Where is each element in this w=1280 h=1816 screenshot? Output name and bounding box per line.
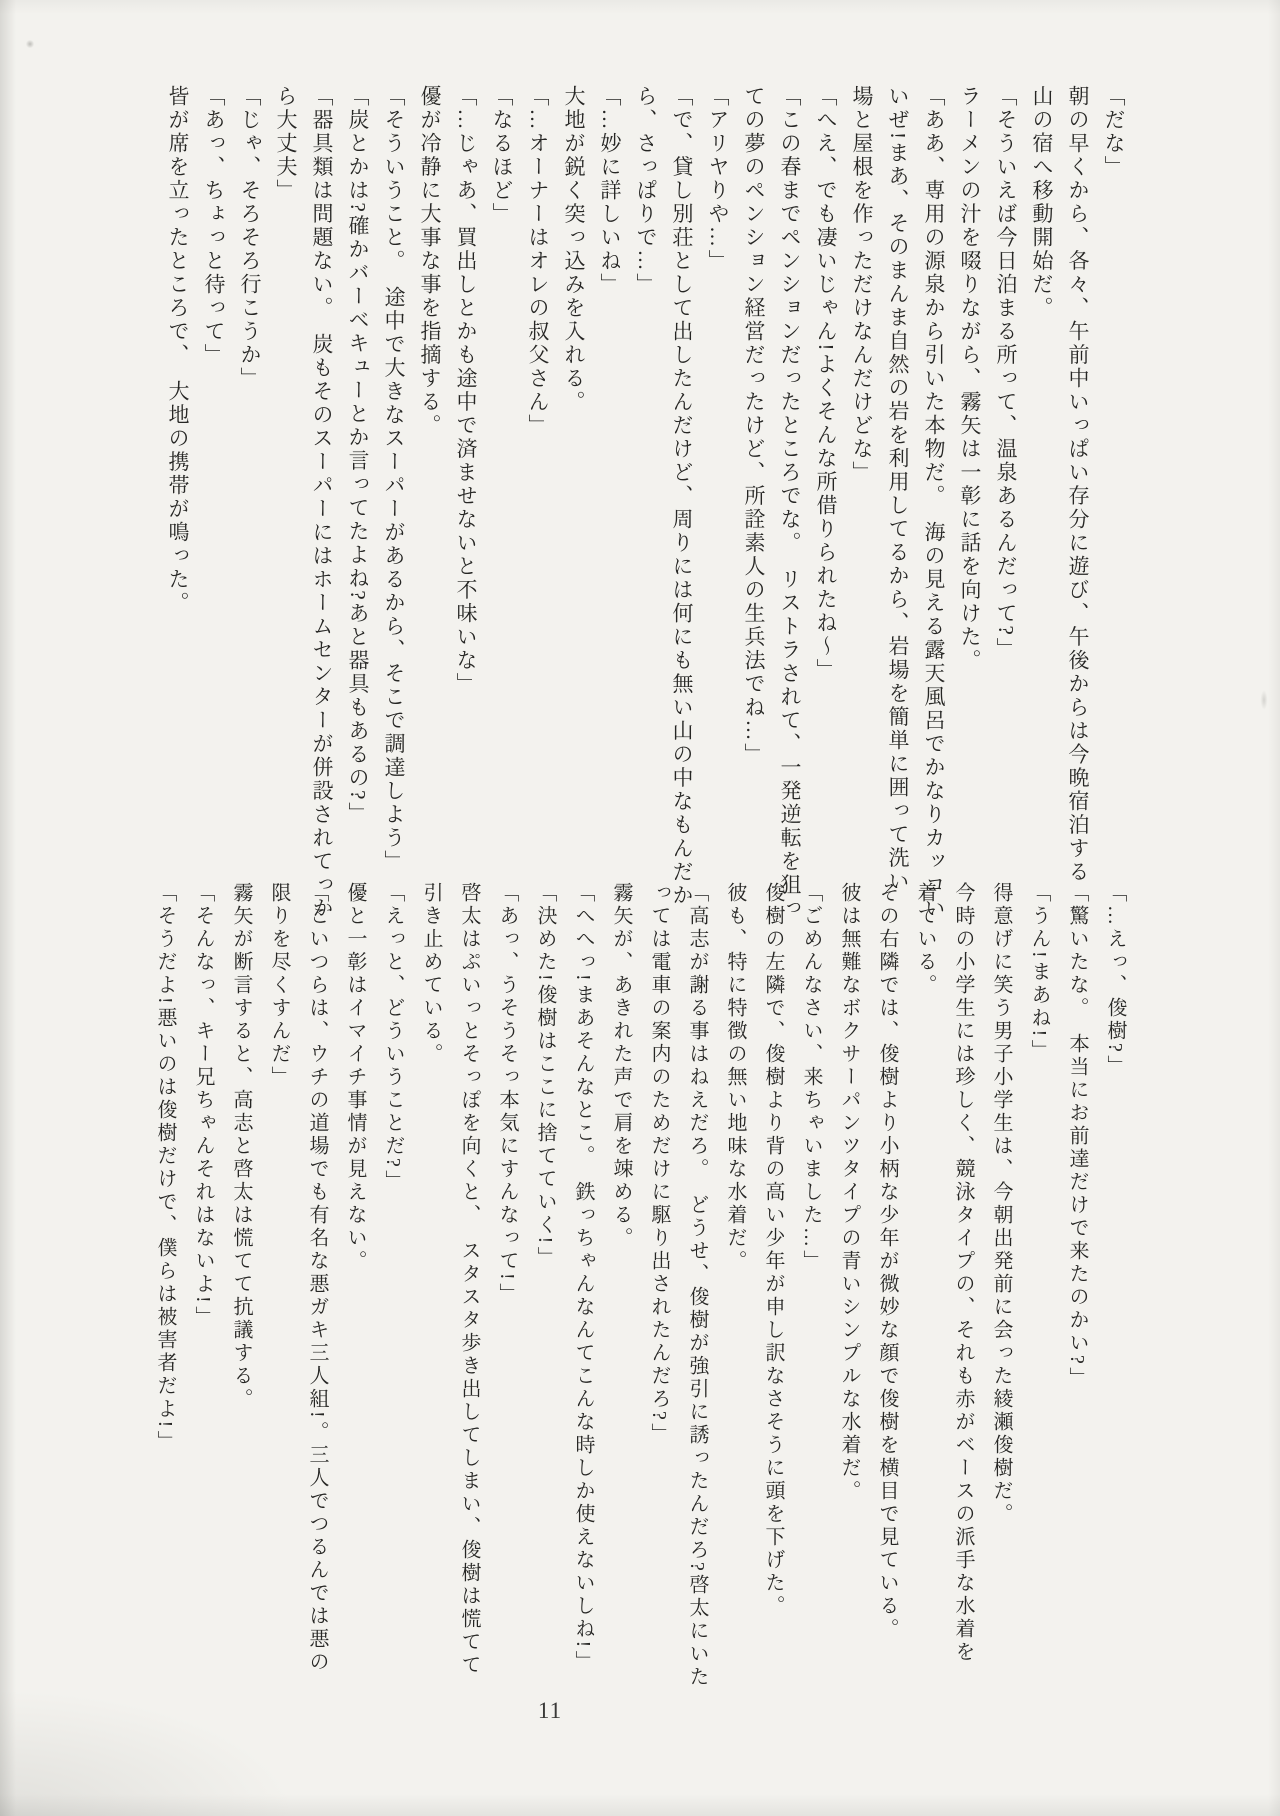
text-line: 優が冷静に大事な事を指摘する。 — [412, 85, 448, 995]
text-line: 「…えっ、俊樹?」 — [1096, 882, 1134, 1792]
text-line: っては電車の案内のためだけに駆り出されたんだろ?」 — [640, 882, 678, 1792]
text-line: 「器具類は問題ない。 炭もそのスーパーにはホームセンターが併設されてっか — [304, 85, 340, 995]
text-line: 啓太はぷいっとそっぽを向くと、 スタスタ歩き出してしまい、俊樹は慌てて — [450, 882, 488, 1792]
text-line: 「驚いたな。 本当にお前達だけで来たのかい?」 — [1058, 882, 1096, 1792]
text-line: その右隣では、俊樹より小柄な少年が微妙な顔で俊樹を横目で見ている。 — [868, 882, 906, 1792]
text-line: 霧矢が断言すると、高志と啓太は慌てて抗議する。 — [222, 882, 260, 1792]
text-line: 得意げに笑う男子小学生は、今朝出発前に会った綾瀬俊樹だ。 — [982, 882, 1020, 1792]
text-line: いぜ!まあ、そのまんま自然の岩を利用してるから、岩場を簡単に囲って洗い — [880, 85, 916, 995]
text-line: 「こいつらは、ウチの道場でも有名な悪ガキ三人組!。三人でつるんでは悪の — [298, 882, 336, 1792]
text-line: 「で、貸し別荘として出したんだけど、周りには何にも無い山の中なもんだか — [664, 85, 700, 995]
text-line: 俊樹の左隣で、俊樹より背の高い少年が申し訳なさそうに頭を下げた。 — [754, 882, 792, 1792]
scanned-novel-page: 「だな」朝の早くから、各々、午前中いっぱい存分に遊び、午後からは今晩宿泊する山の… — [0, 0, 1280, 1816]
text-line: 「ごめんなさい、来ちゃいました…」 — [792, 882, 830, 1792]
text-line: 大地が鋭く突っ込みを入れる。 — [556, 85, 592, 995]
text-line: 限りを尽くすんだ」 — [260, 882, 298, 1792]
text-line: 「へへっ!まあそんなとこ。 鉄っちゃんなんてこんな時しか使えないしね!」 — [564, 882, 602, 1792]
text-block-top: 「だな」朝の早くから、各々、午前中いっぱい存分に遊び、午後からは今晩宿泊する山の… — [160, 85, 1132, 995]
text-line: 山の宿へ移動開始だ。 — [1024, 85, 1060, 995]
text-line: 「うん!まあね!」 — [1020, 882, 1058, 1792]
text-line: 「なるほど」 — [484, 85, 520, 995]
text-line: 「だな」 — [1096, 85, 1132, 995]
text-line: 「そういえば今日泊まる所って、温泉あるんだって?」 — [988, 85, 1024, 995]
text-line: 「そんなっ、キー兄ちゃんそれはないよ!」 — [184, 882, 222, 1792]
text-line: 彼は無難なボクサーパンツタイプの青いシンプルな水着だ。 — [830, 882, 868, 1792]
page-number: 11 — [0, 1698, 1100, 1724]
text-line: 「アリヤりや…」 — [700, 85, 736, 995]
text-line: ラーメンの汁を啜りながら、霧矢は一彰に話を向けた。 — [952, 85, 988, 995]
text-line: 「そういうこと。 途中で大きなスーパーがあるから、そこで調達しよう」 — [376, 85, 412, 995]
text-line: 引き止めている。 — [412, 882, 450, 1792]
text-line: 彼も、特に特徴の無い地味な水着だ。 — [716, 882, 754, 1792]
text-line: 「へえ、でも凄いじゃん!よくそんな所借りられたね〜」 — [808, 85, 844, 995]
text-line: 「あっ、ちょっと待って」 — [196, 85, 232, 995]
text-line: 「そうだよ!悪いのは俊樹だけで、僕らは被害者だよ!」 — [146, 882, 184, 1792]
text-line: 場と屋根を作っただけなんだけどな」 — [844, 85, 880, 995]
text-line: 皆が席を立ったところで、 大地の携帯が鳴った。 — [160, 85, 196, 995]
text-line: 朝の早くから、各々、午前中いっぱい存分に遊び、午後からは今晩宿泊する — [1060, 85, 1096, 995]
text-line: 霧矢が、あきれた声で肩を竦める。 — [602, 882, 640, 1792]
text-line: ての夢のペンション経営だったけど、所詮素人の生兵法でね…」 — [736, 85, 772, 995]
text-line: ら、さっぱりで…」 — [628, 85, 664, 995]
text-line: 「じゃ、そろそろ行こうか」 — [232, 85, 268, 995]
text-line: 「あっ、うそうそっ本気にすんなって!」 — [488, 882, 526, 1792]
text-line: 「ああ、専用の源泉から引いた本物だ。 海の見える露天風呂でかなりカッコい — [916, 85, 952, 995]
text-line: 「…妙に詳しいね」 — [592, 85, 628, 995]
text-line: 着ている。 — [906, 882, 944, 1792]
text-line: 「…じゃあ、買出しとかも途中で済ませないと不味いな」 — [448, 85, 484, 995]
text-block-bottom: 「…えっ、俊樹?」「驚いたな。 本当にお前達だけで来たのかい?」「うん!まあね!… — [146, 882, 1134, 1792]
text-line: 今時の小学生には珍しく、競泳タイプの、それも赤がベースの派手な水着を — [944, 882, 982, 1792]
text-line: 「決めた!俊樹はここに捨てていく!」 — [526, 882, 564, 1792]
text-line: 「この春までペンションだったところでな。 リストラされて、一発逆転を狙っ — [772, 85, 808, 995]
text-line: 「炭とかは?確かバーベキューとか言ってたよね?あと器具もあるの?」 — [340, 85, 376, 995]
text-line: 「高志が謝る事はねえだろ。 どうせ、俊樹が強引に誘ったんだろ?啓太にいた — [678, 882, 716, 1792]
text-line: 「えっと、どういうことだ?」 — [374, 882, 412, 1792]
text-line: 「…オーナーはオレの叔父さん」 — [520, 85, 556, 995]
text-line: ら大丈夫」 — [268, 85, 304, 995]
text-line: 優と一彰はイマイチ事情が見えない。 — [336, 882, 374, 1792]
